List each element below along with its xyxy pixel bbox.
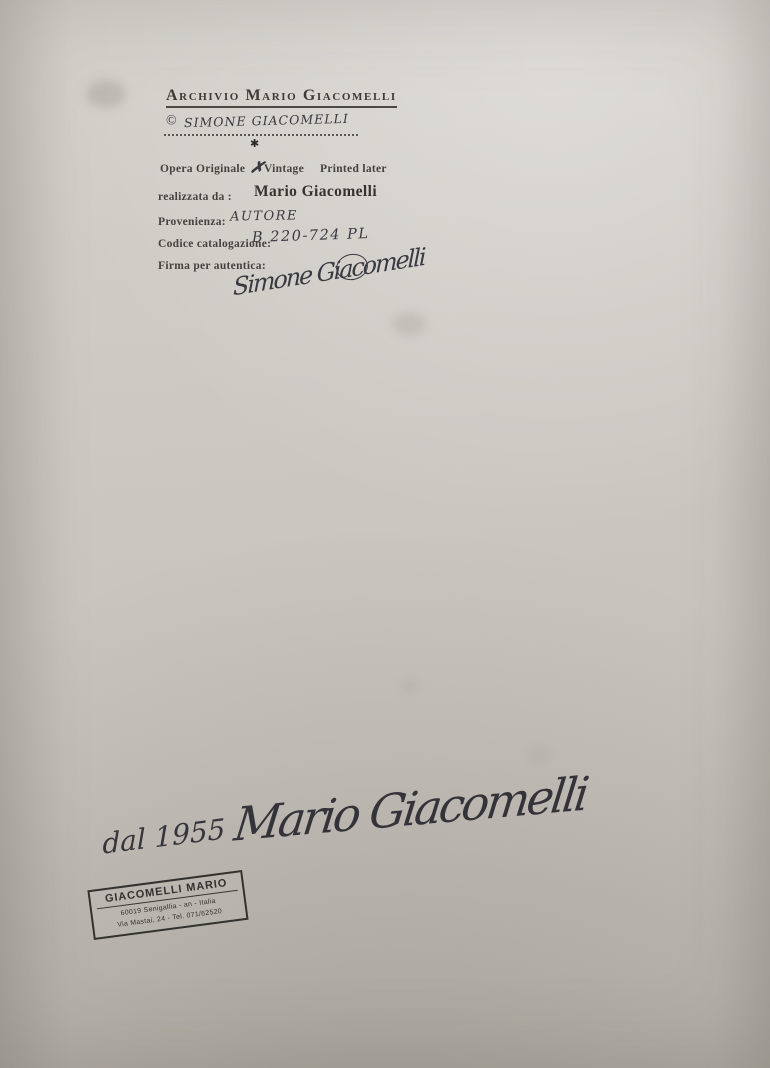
realizzata-field: realizzata da : Mario Giacomelli xyxy=(158,187,232,205)
paper-smudge xyxy=(528,748,550,762)
archive-stamp-block: Archivio Mario Giacomelli ©Simone Giacom… xyxy=(158,87,408,317)
paper-smudge xyxy=(86,80,126,108)
rosette-icon: ✱ xyxy=(250,137,259,150)
archive-title: Archivio Mario Giacomelli xyxy=(166,87,397,108)
copyright-name: Simone Giacomelli xyxy=(183,111,348,130)
realizzata-label: realizzata da : xyxy=(158,191,232,203)
date-annotation: dal 1955 xyxy=(102,812,225,860)
copyright-line: ©Simone Giacomelli xyxy=(164,112,358,136)
realizzata-value: Mario Giacomelli xyxy=(254,183,377,201)
codice-value: B 220-724 PL xyxy=(252,226,370,246)
vintage-label: Vintage xyxy=(264,163,304,175)
photo-verso: Archivio Mario Giacomelli ©Simone Giacom… xyxy=(0,0,770,1068)
print-type-options: Opera Originale ✗ Vintage Printed later xyxy=(160,163,406,179)
provenienza-field: Provenienza: Autore xyxy=(158,212,226,230)
provenienza-value: Autore xyxy=(230,208,298,224)
printed-later-label: Printed later xyxy=(320,163,387,175)
firma-field: Firma per autentica: Simone Giacomelli xyxy=(158,256,266,274)
paper-smudge xyxy=(402,680,418,691)
provenienza-label: Provenienza: xyxy=(158,216,226,228)
copyright-icon: © xyxy=(166,113,177,128)
codice-field: Codice catalogazione: B 220-724 PL xyxy=(158,234,271,252)
opera-originale-label: Opera Originale xyxy=(160,163,245,175)
